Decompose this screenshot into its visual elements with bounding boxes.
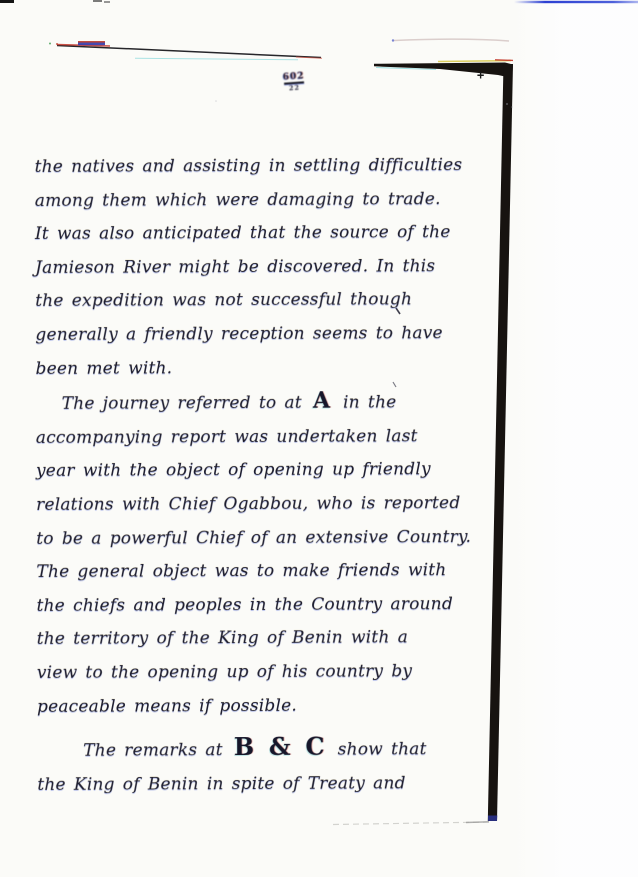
line-segment: in the [335,393,397,413]
handwritten-line: the territory of the King of Benin with … [37,621,469,656]
reference-letters-b-and-c: B & C [234,732,327,761]
handwritten-line: year with the object of opening up frien… [36,453,468,488]
paragraph-2: The journey referred to at A in the acco… [36,384,469,724]
handwritten-line: The general object was to make friends w… [36,554,468,589]
paragraph-1: the natives and assisting in settling di… [35,149,468,386]
page-edge-wedge [374,60,513,78]
line-segment: show that [330,739,427,759]
blue-scan-line [514,1,638,3]
page-edge-bar [488,64,513,821]
faint-line-bottom [333,822,489,825]
top-edge-dashes [0,0,110,3]
handwritten-text-block: the natives and assisting in settling di… [35,149,470,802]
handwritten-line: to be a powerful Chief of an extensive C… [36,521,468,556]
handwritten-line: been met with. [35,351,467,386]
scanner-background-strip [512,0,638,877]
handwritten-line: the expedition was not successful though [35,283,467,318]
handwritten-line: among them which were damaging to trade. [35,183,467,218]
page-stamp: 602 22 [279,72,308,92]
handwritten-line: the King of Benin in spite of Treaty and [37,767,469,802]
handwritten-line: The journey referred to at A in the [36,384,468,421]
handwritten-line: the natives and assisting in settling di… [35,149,467,184]
handwritten-line: relations with Chief Ogabbou, who is rep… [36,487,468,522]
faint-line-upper-right [392,39,509,42]
handwritten-line: The remarks at B & C show that [37,729,469,768]
stamp-sub-number: 22 [280,84,308,92]
line-segment: The remarks at [83,740,231,761]
handwritten-line: generally a friendly reception seems to … [35,317,467,352]
crease-line-left [49,41,322,60]
plus-mark: + [477,68,484,82]
stamp-number: 602 [279,72,307,82]
handwritten-line: accompanying report was undertaken last [36,420,468,455]
line-segment: The journey referred to at [62,393,310,414]
scanned-page: 602 22 + the natives and assisting in se… [0,0,638,877]
paragraph-3: The remarks at B & C show that the King … [37,729,469,802]
handwritten-line: Jamieson River might be discovered. In t… [35,250,467,285]
handwritten-line: the chiefs and peoples in the Country ar… [36,588,468,623]
handwritten-line: It was also anticipated that the source … [35,216,467,251]
handwritten-line: view to the opening up of his country by [37,655,469,690]
reference-letter-a: A [313,388,332,414]
handwritten-line: peaceable means if possible. [37,689,469,724]
